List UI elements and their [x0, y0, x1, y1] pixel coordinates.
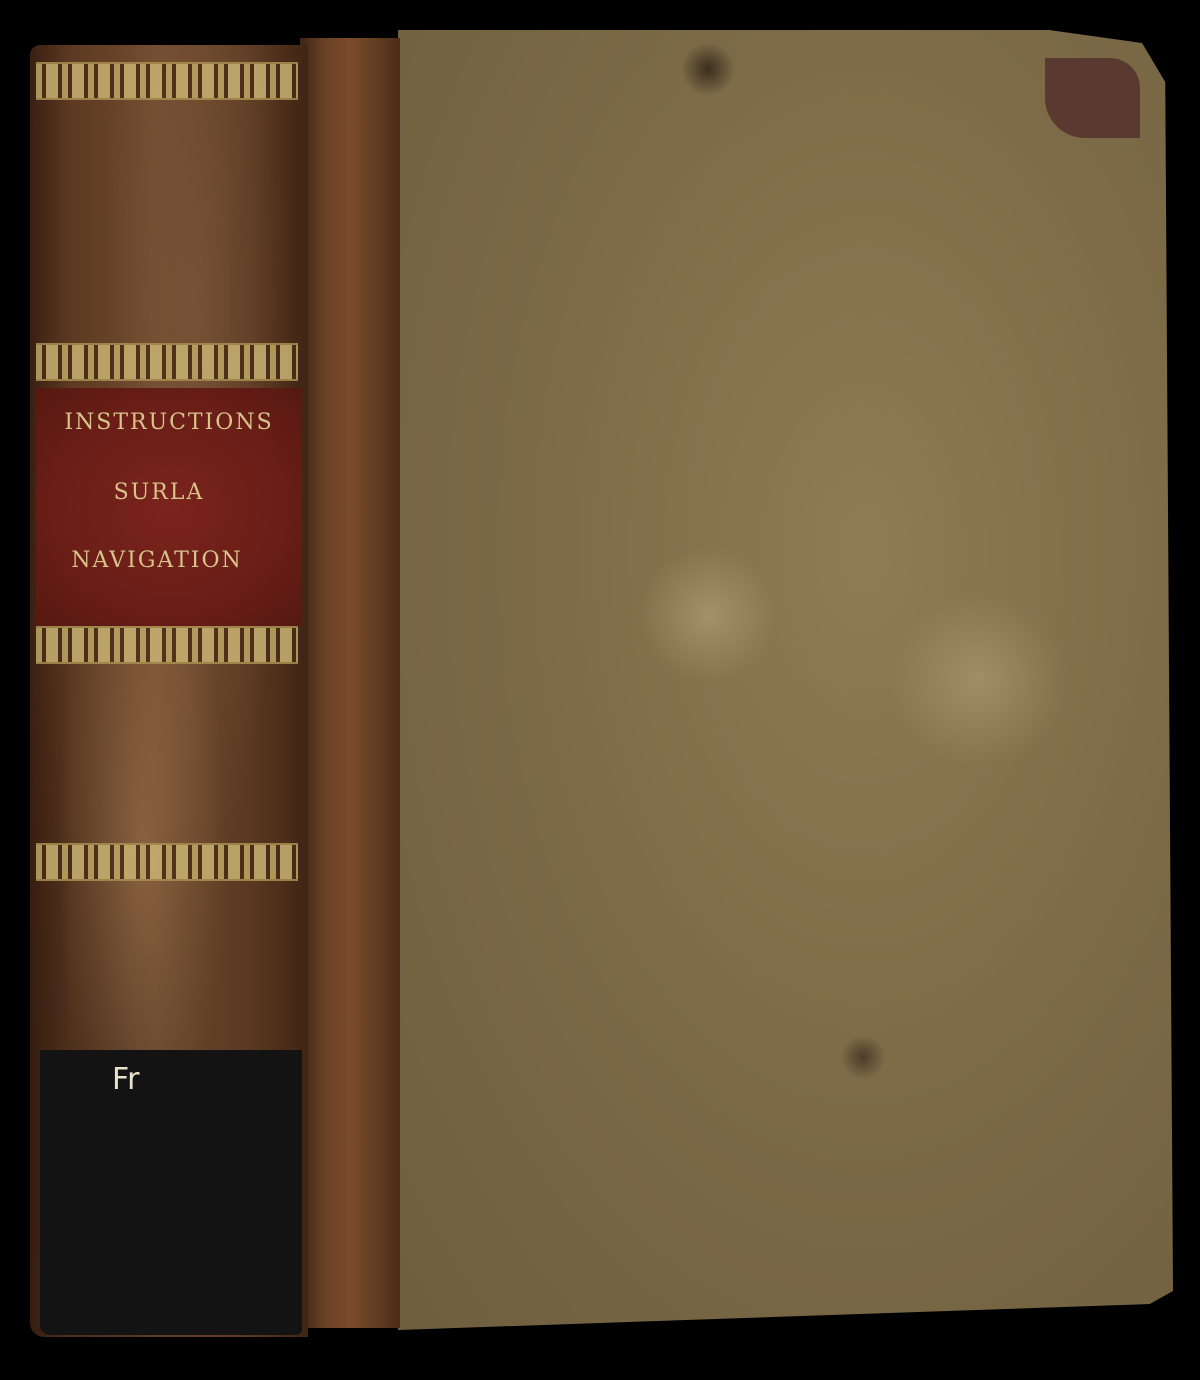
gilt-ornament-band-top [36, 62, 298, 100]
library-call-number-tag: Fr [40, 1050, 302, 1335]
front-cover-marbled-board [398, 30, 1173, 1330]
worn-leather-corner [1045, 58, 1140, 138]
leather-hinge [300, 38, 400, 1328]
spine-title-line-2: SURLA [26, 480, 292, 505]
gilt-ornament-band-bottom [36, 843, 298, 881]
call-number-text: Fr [112, 1062, 139, 1097]
spine-title-label: INSTRUCTIONS SURLA NAVIGATION [36, 388, 302, 626]
spine-title-line-1: INSTRUCTIONS [36, 410, 302, 435]
gilt-ornament-band-lower [36, 626, 298, 664]
gilt-ornament-band-upper [36, 343, 298, 381]
book-photo: INSTRUCTIONS SURLA NAVIGATION Fr [0, 0, 1200, 1380]
spine-title-line-3: NAVIGATION [24, 548, 290, 573]
